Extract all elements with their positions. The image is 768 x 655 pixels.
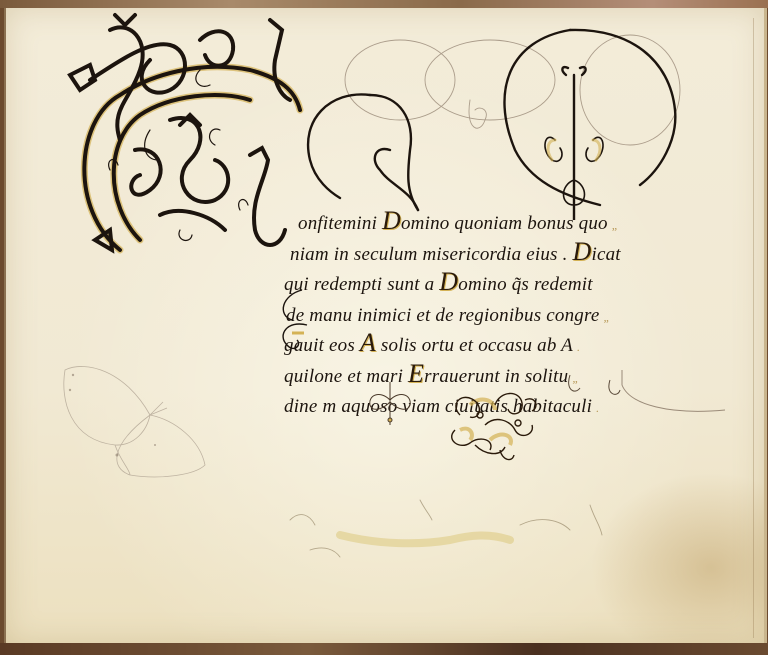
line-swash-icon bbox=[272, 285, 312, 365]
text-segment: onfitemini bbox=[298, 213, 382, 234]
faded-stain-icon bbox=[270, 495, 610, 565]
text-segment: icat bbox=[591, 244, 620, 265]
pen-flourish-icon bbox=[290, 20, 710, 220]
text-line-5: gauit eos A solis ortu et occasu ab A. bbox=[284, 330, 702, 361]
gilded-capital: D bbox=[573, 237, 592, 266]
gilded-capital: D bbox=[382, 206, 401, 235]
text-line-4: de manu inimici et de regionibus congre„ bbox=[286, 300, 702, 331]
gilded-knot-ornament-icon bbox=[440, 385, 550, 465]
text-line-3: qui redempti sunt a Domino q̃s redemit bbox=[284, 269, 702, 300]
line-filler-mark: „ bbox=[612, 218, 619, 232]
text-line-2: niam in seculum misericordia eius . Dica… bbox=[290, 239, 702, 270]
right-flourish-icon bbox=[550, 370, 730, 430]
text-segment: omino q̃s redemit bbox=[458, 274, 592, 295]
text-segment: rrauerunt in solitu bbox=[424, 366, 568, 387]
line-filler-mark: „ bbox=[604, 310, 611, 324]
decorative-initial-icon bbox=[50, 0, 310, 270]
book-binding-bottom bbox=[0, 643, 768, 655]
text-segment: de manu inimici et de regionibus congre bbox=[286, 305, 600, 326]
gilded-capital: D bbox=[439, 267, 458, 296]
text-segment: solis ortu et occasu ab A bbox=[376, 335, 573, 356]
text-line-1: onfitemini Domino quoniam bonus quo„ bbox=[298, 208, 702, 239]
text-segment: niam in seculum misericordia eius . bbox=[290, 244, 573, 265]
text-segment: omino quoniam bonus quo bbox=[401, 213, 608, 234]
gilded-capital: A bbox=[360, 328, 376, 357]
ruled-margin-line bbox=[753, 18, 754, 638]
small-ornament-icon bbox=[360, 380, 420, 430]
line-filler-mark: . bbox=[577, 340, 580, 354]
butterfly-sketch-icon bbox=[55, 350, 215, 490]
